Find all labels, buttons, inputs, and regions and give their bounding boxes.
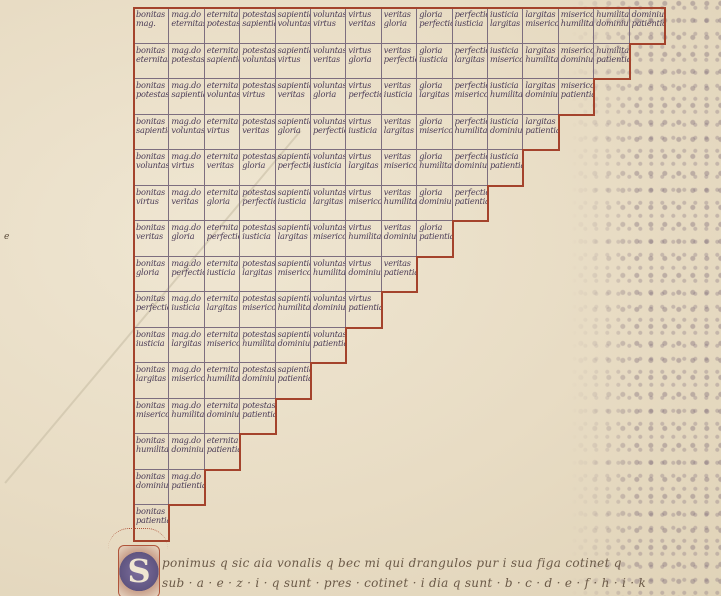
illuminated-initial: S: [118, 545, 160, 596]
table-cell: perfectiolargitas: [453, 44, 488, 80]
cell-term: voluntas: [171, 126, 202, 135]
table-cell: humilitaspatientia: [594, 44, 629, 80]
cell-term: veritas: [313, 55, 344, 64]
cell-term: perfectio: [242, 197, 273, 206]
red-rule: [239, 433, 241, 471]
cell-term: iusticia: [207, 268, 238, 277]
red-rule: [416, 256, 418, 294]
table-cell: iusticiapatientia: [488, 150, 523, 186]
red-rule: [275, 398, 277, 436]
cell-term: humilitas: [490, 90, 521, 99]
cell-term: potestas: [171, 55, 202, 64]
cell-term: perfectio: [171, 268, 202, 277]
table-cell: voluntasiusticia: [311, 150, 346, 186]
cell-term: perfectio: [278, 161, 309, 170]
table-cell: potestasveritas: [240, 115, 275, 151]
table-cell: perfectioiusticia: [453, 8, 488, 44]
cell-term: largitas: [171, 339, 202, 348]
cell-term: veritas: [171, 197, 202, 206]
table-cell: gloriahumilitas: [417, 150, 452, 186]
table-cell: eternitapotestas: [205, 8, 240, 44]
table-cell: potestasmisericor: [240, 292, 275, 328]
table-cell: potestasdominium: [240, 363, 275, 399]
table-cell: bonitashumilitas: [134, 434, 169, 470]
cell-term: humilitas: [525, 55, 556, 64]
table-cell: mag.dohumilitas: [169, 399, 204, 435]
table-cell: eternitagloria: [205, 186, 240, 222]
table-cell: bonitasveritas: [134, 221, 169, 257]
table-cell: mag.doperfectio: [169, 257, 204, 293]
table-cell: mag.dodominium: [169, 434, 204, 470]
cell-term: misericor: [207, 339, 238, 348]
table-cell: veritaslargitas: [382, 115, 417, 151]
cell-term: largitas: [490, 19, 521, 28]
cell-term: humilitas: [136, 445, 167, 454]
text-line-1: ponimus q sic aia vonalis q bec mi qui d…: [162, 556, 622, 570]
cell-term: sapientia: [136, 126, 167, 135]
cell-term: patientia: [171, 481, 202, 490]
cell-term: dominium: [561, 55, 592, 64]
cell-term: patientia: [207, 445, 238, 454]
red-rule: [381, 291, 383, 329]
cell-term: eternitas: [136, 55, 167, 64]
table-cell: sapientiamisericor: [276, 257, 311, 293]
cell-term: iusticia: [171, 303, 202, 312]
cell-term: humilitas: [455, 126, 486, 135]
cell-term: humilitas: [348, 232, 379, 241]
cell-term: iusticia: [278, 197, 309, 206]
table-cell: voluntaslargitas: [311, 186, 346, 222]
table-cell: bonitasmag.: [134, 8, 169, 44]
cell-term: virtus: [171, 161, 202, 170]
cell-term: misericor: [171, 374, 202, 383]
table-cell: virtusperfectio: [346, 79, 381, 115]
cell-term: perfectio: [419, 19, 450, 28]
cell-term: largitas: [455, 55, 486, 64]
cell-term: veritas: [242, 126, 273, 135]
table-cell: mag.doiusticia: [169, 292, 204, 328]
table-cell: eternitasapientia: [205, 44, 240, 80]
cell-term: iusticia: [242, 232, 273, 241]
table-cell: eternitahumilitas: [205, 363, 240, 399]
cell-term: humilitas: [561, 19, 592, 28]
red-rule: [133, 7, 135, 542]
cell-term: largitas: [384, 126, 415, 135]
red-rule: [345, 327, 347, 365]
cell-term: misericor: [419, 126, 450, 135]
table-cell: iusticialargitas: [488, 8, 523, 44]
table-cell: veritashumilitas: [382, 186, 417, 222]
table-cell: veritaspatientia: [382, 257, 417, 293]
cell-term: virtus: [242, 90, 273, 99]
table-cell: virtusdominium: [346, 257, 381, 293]
cell-term: dominium: [207, 410, 238, 419]
red-rule: [452, 220, 454, 258]
table-cell: potestasgloria: [240, 150, 275, 186]
table-cell: sapientiaiusticia: [276, 186, 311, 222]
cell-term: largitas: [136, 374, 167, 383]
cell-term: humilitas: [313, 268, 344, 277]
table-cell: gloriaperfectio: [417, 8, 452, 44]
table-cell: gloriaiusticia: [417, 44, 452, 80]
table-cell: gloriamisericor: [417, 115, 452, 151]
table-cell: mag.doveritas: [169, 186, 204, 222]
cell-term: gloria: [136, 268, 167, 277]
table-cell: mag.domisericor: [169, 363, 204, 399]
table-cell: iusticiahumilitas: [488, 79, 523, 115]
table-cell: voluntasveritas: [311, 44, 346, 80]
cell-term: largitas: [278, 232, 309, 241]
cell-term: patientia: [136, 516, 167, 525]
table-cell: misericorpatientia: [559, 79, 594, 115]
red-rule: [593, 78, 595, 116]
table-cell: sapientiagloria: [276, 115, 311, 151]
table-cell: mag.dopatientia: [169, 470, 204, 506]
cell-term: dominium: [278, 339, 309, 348]
table-cell: virtuspatientia: [346, 292, 381, 328]
table-cell: voluntasgloria: [311, 79, 346, 115]
cell-term: gloria: [171, 232, 202, 241]
cell-term: perfectio: [348, 90, 379, 99]
table-cell: mag.dogloria: [169, 221, 204, 257]
table-cell: bonitaspotestas: [134, 79, 169, 115]
table-cell: voluntashumilitas: [311, 257, 346, 293]
cell-term: veritas: [278, 90, 309, 99]
red-rule: [452, 220, 489, 222]
cell-term: dominium: [455, 161, 486, 170]
table-cell: potestaslargitas: [240, 257, 275, 293]
red-rule: [345, 327, 382, 329]
table-cell: potestasiusticia: [240, 221, 275, 257]
table-cell: eternitavirtus: [205, 115, 240, 151]
table-cell: bonitasperfectio: [134, 292, 169, 328]
red-rule: [416, 256, 453, 258]
table-cell: virtusgloria: [346, 44, 381, 80]
cell-term: humilitas: [278, 303, 309, 312]
cell-term: patientia: [242, 410, 273, 419]
cell-term: virtus: [136, 197, 167, 206]
table-cell: mag.dosapientia: [169, 79, 204, 115]
red-rule: [204, 469, 241, 471]
red-rule: [204, 469, 206, 507]
margin-note: e: [4, 232, 9, 242]
red-rule: [275, 398, 312, 400]
table-cell: veritasgloria: [382, 8, 417, 44]
table-cell: dominiumpatientia: [630, 8, 665, 44]
table-cell: sapientiahumilitas: [276, 292, 311, 328]
table-cell: humilitasdominium: [594, 8, 629, 44]
cell-term: perfectio: [136, 303, 167, 312]
cell-term: gloria: [348, 55, 379, 64]
cell-term: veritas: [207, 161, 238, 170]
cell-term: patientia: [525, 126, 556, 135]
cell-term: misericor: [313, 232, 344, 241]
cell-term: humilitas: [384, 197, 415, 206]
red-rule: [629, 43, 631, 81]
table-cell: perfectiomisericor: [453, 79, 488, 115]
table-cell: mag.dovoluntas: [169, 115, 204, 151]
table-cell: voluntasmisericor: [311, 221, 346, 257]
table-cell: eternitavoluntas: [205, 79, 240, 115]
cell-term: patientia: [384, 268, 415, 277]
red-rule: [558, 114, 560, 152]
cell-term: misericor: [384, 161, 415, 170]
table-cell: potestasvoluntas: [240, 44, 275, 80]
red-rule: [310, 362, 312, 400]
cell-term: humilitas: [242, 339, 273, 348]
cell-term: eternitas: [171, 19, 202, 28]
cell-term: iusticia: [136, 339, 167, 348]
table-cell: largitasdominium: [523, 79, 558, 115]
table-cell: voluntasdominium: [311, 292, 346, 328]
cell-term: dominium: [419, 197, 450, 206]
cell-term: patientia: [455, 197, 486, 206]
cell-term: potestas: [136, 90, 167, 99]
table-cell: eternitaiusticia: [205, 257, 240, 293]
cell-term: iusticia: [455, 19, 486, 28]
cell-term: gloria: [384, 19, 415, 28]
table-cell: voluntasperfectio: [311, 115, 346, 151]
cell-term: largitas: [313, 197, 344, 206]
cell-term: voluntas: [278, 19, 309, 28]
cell-term: veritas: [136, 232, 167, 241]
red-rule: [381, 291, 418, 293]
table-cell: eternitaveritas: [205, 150, 240, 186]
table-cell: largitashumilitas: [523, 44, 558, 80]
table-cell: glorialargitas: [417, 79, 452, 115]
table-cell: sapientialargitas: [276, 221, 311, 257]
table-cell: sapientiadominium: [276, 328, 311, 364]
table-cell: mag.dovirtus: [169, 150, 204, 186]
table-cell: bonitasmisericor: [134, 399, 169, 435]
table-cell: eternitaperfectio: [205, 221, 240, 257]
table-cell: veritasperfectio: [382, 44, 417, 80]
table-cell: perfectiohumilitas: [453, 115, 488, 151]
cell-term: humilitas: [171, 410, 202, 419]
cell-term: patientia: [596, 55, 627, 64]
cell-term: dominium: [171, 445, 202, 454]
red-rule: [133, 7, 666, 9]
table-cell: sapientiaveritas: [276, 79, 311, 115]
cell-term: humilitas: [419, 161, 450, 170]
red-rule: [487, 185, 524, 187]
cell-term: patientia: [419, 232, 450, 241]
cell-term: misericor: [525, 19, 556, 28]
table-cell: bonitaslargitas: [134, 363, 169, 399]
table-cell: eternitapatientia: [205, 434, 240, 470]
table-cell: largitaspatientia: [523, 115, 558, 151]
cell-term: sapientia: [171, 90, 202, 99]
cell-term: patientia: [632, 19, 663, 28]
red-rule: [593, 78, 630, 80]
cell-term: largitas: [419, 90, 450, 99]
table-cell: eternitalargitas: [205, 292, 240, 328]
red-rule: [629, 43, 666, 45]
table-cell: bonitasdominium: [134, 470, 169, 506]
cell-term: gloria: [242, 161, 273, 170]
table-cell: bonitasvoluntas: [134, 150, 169, 186]
red-rule: [239, 433, 276, 435]
table-cell: gloriapatientia: [417, 221, 452, 257]
cell-term: largitas: [242, 268, 273, 277]
cell-term: misericor: [490, 55, 521, 64]
cell-term: virtus: [278, 55, 309, 64]
table-cell: bonitasvirtus: [134, 186, 169, 222]
cell-term: gloria: [278, 126, 309, 135]
cell-term: gloria: [313, 90, 344, 99]
cell-term: dominium: [596, 19, 627, 28]
cell-term: patientia: [490, 161, 521, 170]
cell-term: iusticia: [419, 55, 450, 64]
cell-term: voluntas: [207, 90, 238, 99]
table-cell: virtuslargitas: [346, 150, 381, 186]
cell-term: potestas: [207, 19, 238, 28]
table-cell: bonitasgloria: [134, 257, 169, 293]
table-cell: potestassapientia: [240, 8, 275, 44]
cell-term: patientia: [278, 374, 309, 383]
table-cell: bonitaseternitas: [134, 44, 169, 80]
table-cell: potestasvirtus: [240, 79, 275, 115]
table-cell: iusticiadominium: [488, 115, 523, 151]
red-rule: [310, 362, 347, 364]
cell-term: perfectio: [313, 126, 344, 135]
cell-term: perfectio: [384, 55, 415, 64]
table-cell: sapientiavirtus: [276, 44, 311, 80]
table-cell: veritasdominium: [382, 221, 417, 257]
cell-term: patientia: [313, 339, 344, 348]
cell-term: virtus: [207, 126, 238, 135]
cell-term: misericor: [278, 268, 309, 277]
cell-term: dominium: [242, 374, 273, 383]
table-cell: potestashumilitas: [240, 328, 275, 364]
table-cell: eternitadominium: [205, 399, 240, 435]
table-cell: sapientiapatientia: [276, 363, 311, 399]
cell-term: misericor: [455, 90, 486, 99]
red-rule: [664, 7, 666, 45]
cell-term: sapientia: [207, 55, 238, 64]
table-cell: perfectiopatientia: [453, 186, 488, 222]
table-cell: mag.dopotestas: [169, 44, 204, 80]
cell-term: misericor: [348, 197, 379, 206]
red-rule: [558, 114, 595, 116]
red-rule: [522, 149, 524, 187]
cell-term: voluntas: [242, 55, 273, 64]
cell-term: dominium: [348, 268, 379, 277]
cell-term: misericor: [136, 410, 167, 419]
cell-term: iusticia: [313, 161, 344, 170]
cell-term: gloria: [207, 197, 238, 206]
cell-term: misericor: [242, 303, 273, 312]
table-cell: potestasperfectio: [240, 186, 275, 222]
table-cell: veritasiusticia: [382, 79, 417, 115]
cell-term: dominium: [525, 90, 556, 99]
cell-term: perfectio: [207, 232, 238, 241]
table-cell: voluntaspatientia: [311, 328, 346, 364]
text-line-2: sub · a · e · z · i · q sunt · pres · co…: [162, 576, 646, 590]
cell-term: mag.: [136, 19, 167, 28]
cell-term: patientia: [348, 303, 379, 312]
table-cell: bonitasiusticia: [134, 328, 169, 364]
table-cell: veritasmisericor: [382, 150, 417, 186]
table-cell: eternitamisericor: [205, 328, 240, 364]
cell-term: iusticia: [348, 126, 379, 135]
table-cell: sapientiaperfectio: [276, 150, 311, 186]
cell-term: largitas: [348, 161, 379, 170]
cell-term: largitas: [207, 303, 238, 312]
table-cell: virtusveritas: [346, 8, 381, 44]
cell-term: dominium: [490, 126, 521, 135]
table-cell: bonitassapientia: [134, 115, 169, 151]
table-cell: mag.doeternitas: [169, 8, 204, 44]
table-cell: sapientiavoluntas: [276, 8, 311, 44]
cell-term: patientia: [561, 90, 592, 99]
table-cell: largitasmisericor: [523, 8, 558, 44]
table-cell: gloriadominium: [417, 186, 452, 222]
table-cell: potestaspatientia: [240, 399, 275, 435]
table-cell: voluntasvirtus: [311, 8, 346, 44]
cell-term: veritas: [348, 19, 379, 28]
cell-term: dominium: [384, 232, 415, 241]
red-rule: [487, 185, 489, 223]
table-cell: misericordominium: [559, 44, 594, 80]
table-cell: misericorhumilitas: [559, 8, 594, 44]
cell-term: sapientia: [242, 19, 273, 28]
red-rule: [168, 504, 170, 542]
cell-term: dominium: [136, 481, 167, 490]
table-cell: virtusiusticia: [346, 115, 381, 151]
cell-term: iusticia: [384, 90, 415, 99]
table-cell: virtusmisericor: [346, 186, 381, 222]
cell-term: dominium: [313, 303, 344, 312]
red-rule: [168, 504, 205, 506]
table-cell: iusticiamisericor: [488, 44, 523, 80]
table-cell: virtushumilitas: [346, 221, 381, 257]
table-cell: mag.dolargitas: [169, 328, 204, 364]
red-rule: [522, 149, 559, 151]
table-cell: perfectiodominium: [453, 150, 488, 186]
cell-term: virtus: [313, 19, 344, 28]
cell-term: humilitas: [207, 374, 238, 383]
cell-term: voluntas: [136, 161, 167, 170]
